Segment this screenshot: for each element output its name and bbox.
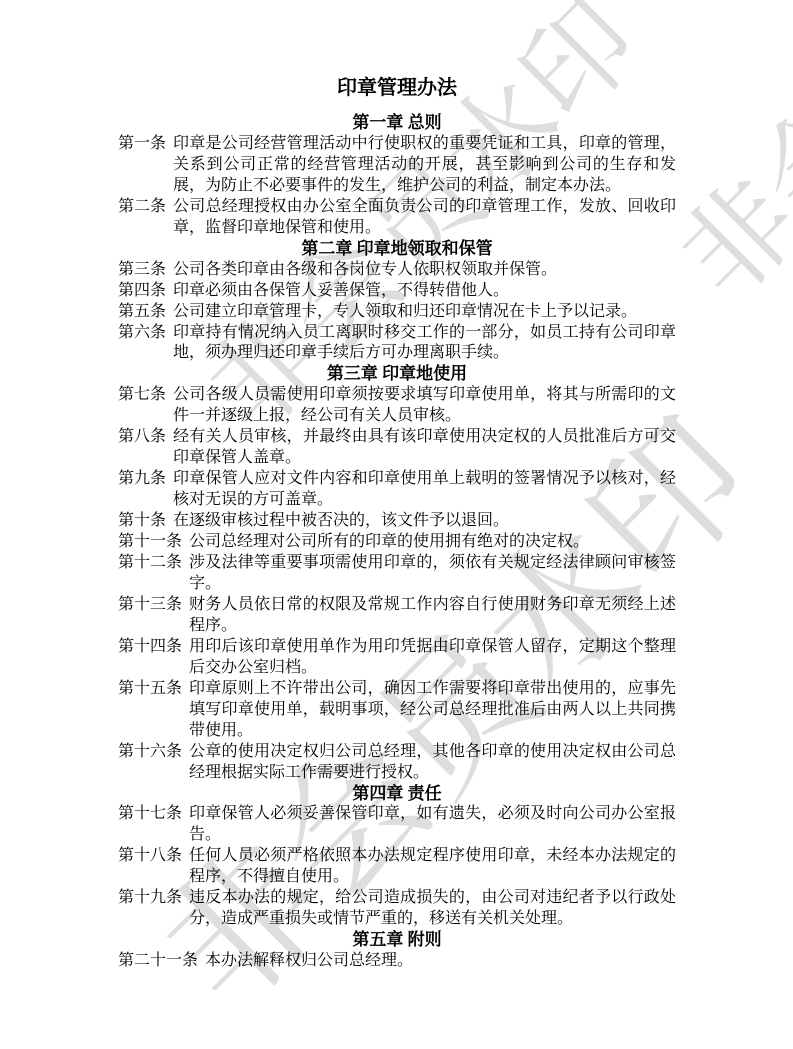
articles-list: 第七条 公司各级人员需使用印章须按要求填写印章使用单，将其与所需印的文件一并逐级…	[118, 385, 676, 783]
article-number: 第二条	[118, 197, 166, 218]
article-number: 第八条	[118, 427, 166, 448]
article-number: 第五条	[118, 302, 166, 323]
article-number: 第二十一条	[118, 951, 198, 972]
article-number: 第四条	[118, 281, 166, 302]
article-text: 公司各类印章由各级和各岗位专人依职权领取并保管。	[173, 260, 676, 281]
article-number: 第十一条	[118, 532, 182, 553]
article-row: 第十六条 公章的使用决定权归公司总经理，其他各印章的使用决定权由公司总经理根据实…	[118, 742, 676, 784]
chapter-section: 第三章 印章地使用 第七条 公司各级人员需使用印章须按要求填写印章使用单，将其与…	[118, 364, 676, 783]
article-text: 用印后该印章使用单作为用印凭据由印章保管人留存，定期这个整理后交办公室归档。	[189, 637, 676, 679]
sections-container: 第一章 总则 第一条 印章是公司经营管理活动中行使职权的重要凭证和工具，印章的管…	[118, 113, 676, 972]
article-row: 第四条 印章必须由各保管人妥善保管，不得转借他人。	[118, 281, 676, 302]
article-number: 第十四条	[118, 637, 182, 658]
article-number: 第七条	[118, 385, 166, 406]
article-row: 第三条 公司各类印章由各级和各岗位专人依职权领取并保管。	[118, 260, 676, 281]
article-number: 第六条	[118, 323, 166, 344]
articles-list: 第三条 公司各类印章由各级和各岗位专人依职权领取并保管。 第四条 印章必须由各保…	[118, 260, 676, 365]
article-row: 第十二条 涉及法律等重要事项需使用印章的，须依有关规定经法律顾问审核签字。	[118, 553, 676, 595]
document-title: 印章管理办法	[118, 77, 676, 99]
article-number: 第十八条	[118, 846, 182, 867]
article-text: 任何人员必须严格依照本办法规定程序使用印章，未经本办法规定的程序，不得擅自使用。	[189, 846, 676, 888]
article-row: 第九条 印章保管人应对文件内容和印章使用单上载明的签署情况予以核对，经核对无误的…	[118, 469, 676, 511]
article-text: 违反本办法的规定，给公司造成损失的，由公司对违纪者予以行政处分，造成严重损失或情…	[189, 888, 676, 930]
article-text: 印章必须由各保管人妥善保管，不得转借他人。	[173, 281, 676, 302]
article-text: 印章原则上不许带出公司，确因工作需要将印章带出使用的，应事先填写印章使用单，载明…	[189, 679, 676, 742]
article-text: 公司总经理对公司所有的印章的使用拥有绝对的决定权。	[189, 532, 676, 553]
article-number: 第十五条	[118, 679, 182, 700]
article-text: 公章的使用决定权归公司总经理，其他各印章的使用决定权由公司总经理根据实际工作需要…	[189, 742, 676, 784]
article-text: 本办法解释权归公司总经理。	[205, 951, 676, 972]
article-text: 印章持有情况纳入员工离职时移交工作的一部分，如员工持有公司印章地，须办理归还印章…	[173, 323, 676, 365]
chapter-section: 第四章 责任 第十七条 印章保管人必须妥善保管印章，如有遗失，必须及时向公司办公…	[118, 784, 676, 931]
article-text: 财务人员依日常的权限及常规工作内容自行使用财务印章无须经上述程序。	[189, 595, 676, 637]
chapter-section: 第五章 附则 第二十一条 本办法解释权归公司总经理。	[118, 930, 676, 972]
article-number: 第十三条	[118, 595, 182, 616]
article-row: 第十七条 印章保管人必须妥善保管印章，如有遗失，必须及时向公司办公室报告。	[118, 804, 676, 846]
article-row: 第一条 印章是公司经营管理活动中行使职权的重要凭证和工具，印章的管理，关系到公司…	[118, 134, 676, 197]
articles-list: 第十七条 印章保管人必须妥善保管印章，如有遗失，必须及时向公司办公室报告。 第十…	[118, 804, 676, 930]
article-number: 第一条	[118, 134, 166, 155]
chapter-section: 第一章 总则 第一条 印章是公司经营管理活动中行使职权的重要凭证和工具，印章的管…	[118, 113, 676, 239]
article-row: 第八条 经有关人员审核，并最终由具有该印章使用决定权的人员批准后方可交印章保管人…	[118, 427, 676, 469]
article-text: 涉及法律等重要事项需使用印章的，须依有关规定经法律顾问审核签字。	[189, 553, 676, 595]
article-text: 印章保管人应对文件内容和印章使用单上载明的签署情况予以核对，经核对无误的方可盖章…	[173, 469, 676, 511]
chapter-heading: 第四章 责任	[118, 784, 676, 805]
article-text: 公司总经理授权由办公室全面负责公司的印章管理工作，发放、回收印章，监督印章地保管…	[173, 197, 676, 239]
chapter-heading: 第一章 总则	[118, 113, 676, 134]
article-row: 第十九条 违反本办法的规定，给公司造成损失的，由公司对违纪者予以行政处分，造成严…	[118, 888, 676, 930]
articles-list: 第二十一条 本办法解释权归公司总经理。	[118, 951, 676, 972]
article-row: 第二十一条 本办法解释权归公司总经理。	[118, 951, 676, 972]
article-text: 印章保管人必须妥善保管印章，如有遗失，必须及时向公司办公室报告。	[189, 804, 676, 846]
article-text: 印章是公司经营管理活动中行使职权的重要凭证和工具，印章的管理，关系到公司正常的经…	[173, 134, 676, 197]
article-text: 公司建立印章管理卡，专人领取和归还印章情况在卡上予以记录。	[173, 302, 676, 323]
articles-list: 第一条 印章是公司经营管理活动中行使职权的重要凭证和工具，印章的管理，关系到公司…	[118, 134, 676, 239]
article-text: 公司各级人员需使用印章须按要求填写印章使用单，将其与所需印的文件一并逐级上报，经…	[173, 385, 676, 427]
article-row: 第十条 在逐级审核过程中被否决的，该文件予以退回。	[118, 511, 676, 532]
chapter-heading: 第五章 附则	[118, 930, 676, 951]
article-number: 第十七条	[118, 804, 182, 825]
chapter-heading: 第二章 印章地领取和保管	[118, 239, 676, 260]
chapter-heading: 第三章 印章地使用	[118, 364, 676, 385]
article-row: 第十三条 财务人员依日常的权限及常规工作内容自行使用财务印章无须经上述程序。	[118, 595, 676, 637]
article-row: 第六条 印章持有情况纳入员工离职时移交工作的一部分，如员工持有公司印章地，须办理…	[118, 323, 676, 365]
document-content: 印章管理办法 第一章 总则 第一条 印章是公司经营管理活动中行使职权的重要凭证和…	[0, 0, 793, 1049]
document-page: 非会员水印 非会员水印 非会员水印 印章管理办法 第一章 总则 第一条 印章是公…	[0, 0, 793, 1049]
article-row: 第十一条 公司总经理对公司所有的印章的使用拥有绝对的决定权。	[118, 532, 676, 553]
article-number: 第九条	[118, 469, 166, 490]
article-row: 第七条 公司各级人员需使用印章须按要求填写印章使用单，将其与所需印的文件一并逐级…	[118, 385, 676, 427]
article-row: 第十八条 任何人员必须严格依照本办法规定程序使用印章，未经本办法规定的程序，不得…	[118, 846, 676, 888]
chapter-section: 第二章 印章地领取和保管 第三条 公司各类印章由各级和各岗位专人依职权领取并保管…	[118, 239, 676, 365]
article-row: 第十四条 用印后该印章使用单作为用印凭据由印章保管人留存，定期这个整理后交办公室…	[118, 637, 676, 679]
article-text: 在逐级审核过程中被否决的，该文件予以退回。	[173, 511, 676, 532]
article-number: 第十六条	[118, 742, 182, 763]
article-row: 第十五条 印章原则上不许带出公司，确因工作需要将印章带出使用的，应事先填写印章使…	[118, 679, 676, 742]
article-number: 第十条	[118, 511, 166, 532]
article-row: 第二条 公司总经理授权由办公室全面负责公司的印章管理工作，发放、回收印章，监督印…	[118, 197, 676, 239]
article-number: 第十二条	[118, 553, 182, 574]
article-number: 第三条	[118, 260, 166, 281]
article-row: 第五条 公司建立印章管理卡，专人领取和归还印章情况在卡上予以记录。	[118, 302, 676, 323]
article-number: 第十九条	[118, 888, 182, 909]
article-text: 经有关人员审核，并最终由具有该印章使用决定权的人员批准后方可交印章保管人盖章。	[173, 427, 676, 469]
